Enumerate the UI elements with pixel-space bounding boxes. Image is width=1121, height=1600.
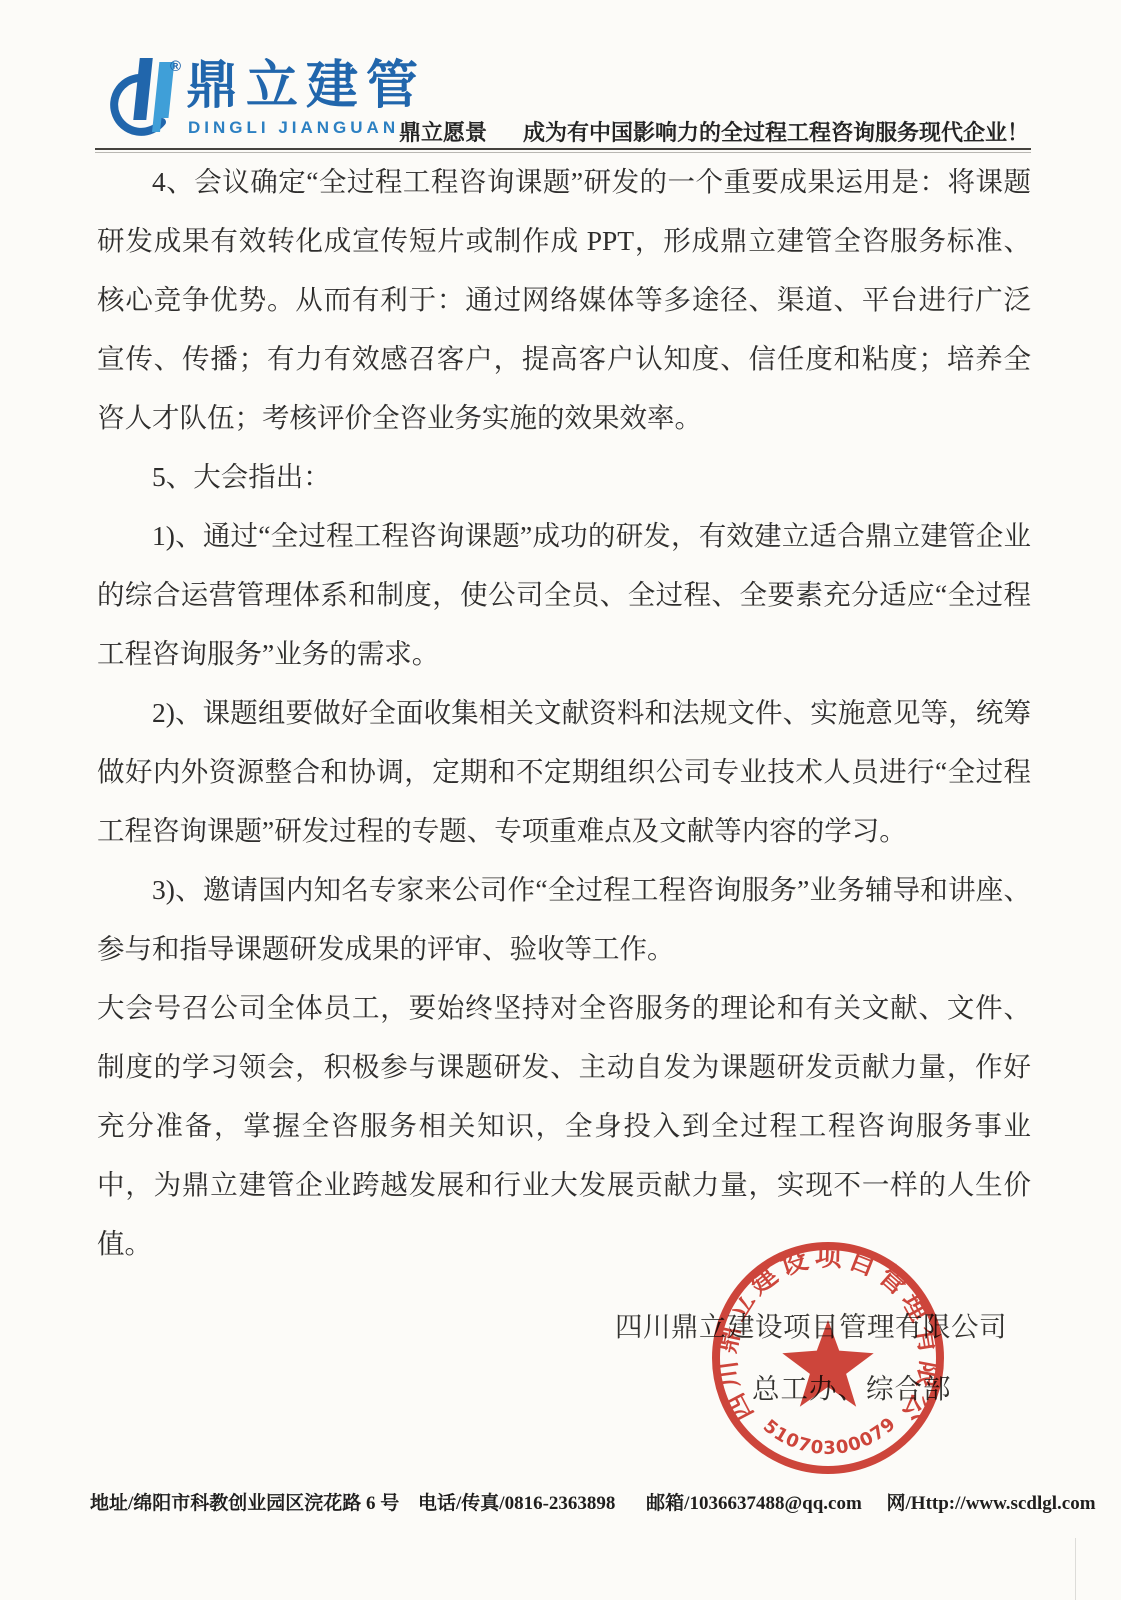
footer-phone: 电话/传真/0816-2363898 <box>418 1493 615 1514</box>
body-paragraph: 1)、通过“全过程工程咨询课题”成功的研发，有效建立适合鼎立建管企业的综合运营管… <box>97 506 1031 683</box>
body-paragraph: 大会号召公司全体员工，要始终坚持对全咨服务的理论和有关文献、文件、制度的学习领会… <box>97 978 1031 1273</box>
brand-name-cn: 鼎立建管 <box>186 60 426 112</box>
logo-bar-dark <box>133 58 153 120</box>
seal-star-icon <box>782 1320 873 1407</box>
footer: 地址/绵阳市科教创业园区浣花路 6 号 电话/传真/0816-2363898 邮… <box>90 1488 1040 1515</box>
footer-website: 网/Http://www.scdlgl.com <box>887 1493 1096 1514</box>
company-vision: 鼎立愿景成为有中国影响力的全过程工程咨询服务现代企业！ <box>399 116 1029 147</box>
document-page: ® 鼎立建管 DINGLI JIANGUAN 鼎立愿景成为有中国影响力的全过程工… <box>0 0 1121 1600</box>
body-paragraph: 2)、课题组要做好全面收集相关文献资料和法规文件、实施意见等，统筹做好内外资源整… <box>97 683 1031 860</box>
document-body: 4、会议确定“全过程工程咨询课题”研发的一个重要成果运用是：将课题研发成果有效转… <box>97 152 1031 1273</box>
footer-address: 地址/绵阳市科教创业园区浣花路 6 号 <box>90 1493 399 1514</box>
vision-label: 鼎立愿景 <box>399 120 487 145</box>
body-paragraph: 3)、邀请国内知名专家来公司作“全过程工程咨询服务”业务辅导和讲座、参与和指导课… <box>97 860 1031 978</box>
footer-email: 邮箱/1036637488@qq.com <box>646 1493 862 1514</box>
scan-edge-line <box>1075 1538 1076 1600</box>
body-paragraph: 4、会议确定“全过程工程咨询课题”研发的一个重要成果运用是：将课题研发成果有效转… <box>97 152 1031 447</box>
brand-name-en: DINGLI JIANGUAN <box>188 118 399 138</box>
vision-text: 成为有中国影响力的全过程工程咨询服务现代企业！ <box>523 120 1029 145</box>
registered-mark-icon: ® <box>170 58 181 75</box>
body-paragraph: 5、大会指出： <box>97 447 1031 506</box>
company-seal: 四川鼎立建设项目管理有限公司 5107030007926 <box>700 1230 956 1486</box>
